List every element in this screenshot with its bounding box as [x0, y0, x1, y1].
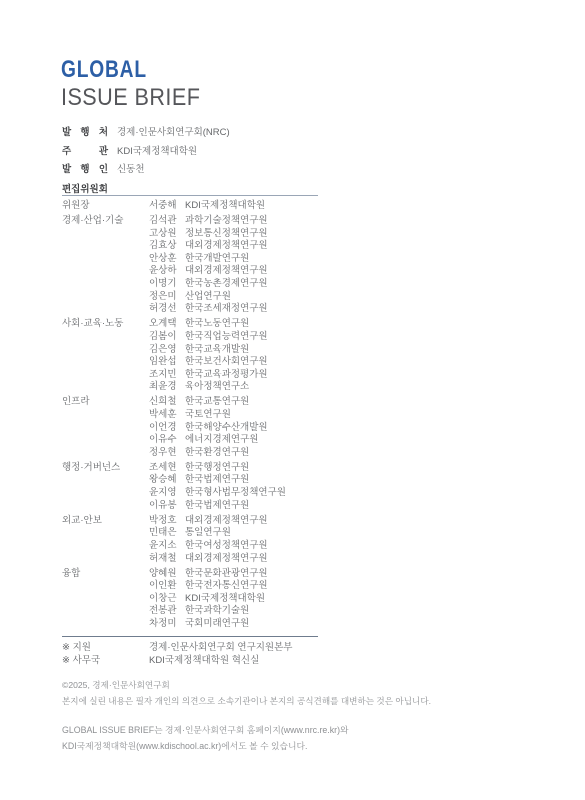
member-organization: 한국농촌경제연구원	[185, 278, 522, 291]
colophon-page: GLOBAL ISSUE BRIEF 발 행 처경제·인문사회연구회(NRC) …	[0, 0, 585, 800]
member-name: 이인환	[149, 580, 185, 593]
member-organization: 한국행정연구원	[185, 462, 522, 475]
member-name: 이유봉	[149, 500, 185, 513]
committee-category	[62, 487, 149, 500]
member-organization: 대외경제정책연구원	[185, 265, 522, 278]
committee-row: 임완섭한국보건사회연구원	[62, 356, 522, 369]
committee-row: 이언경한국해양수산개발원	[62, 422, 522, 435]
member-organization: 한국조세재정연구원	[185, 303, 522, 316]
member-organization: 한국환경연구원	[185, 447, 522, 460]
member-name: 서중해	[149, 200, 185, 213]
committee-row: 전봉관한국과학기술원	[62, 605, 522, 618]
availability-line2: KDI국제정책대학원(www.kdischool.ac.kr)에서도 볼 수 있…	[62, 738, 522, 754]
member-organization: 한국문화관광연구원	[185, 568, 522, 581]
committee-category	[62, 605, 149, 618]
committee-row: 이유봉한국법제연구원	[62, 500, 522, 513]
member-name: 신희철	[149, 396, 185, 409]
availability-line1: GLOBAL ISSUE BRIEF는 경제·인문사회연구회 홈페이지(www.…	[62, 722, 522, 738]
availability-text: GLOBAL ISSUE BRIEF는 경제·인문사회연구회 홈페이지(www.…	[62, 722, 522, 754]
member-name: 김석관	[149, 215, 185, 228]
committee-row: 박세훈국토연구원	[62, 409, 522, 422]
publisher-label: 발 행 처	[62, 124, 108, 143]
committee-row: 이명기한국농촌경제연구원	[62, 278, 522, 291]
support-note-row: ※ 지원 경제·인문사회연구회 연구지원본부	[62, 641, 522, 655]
committee-row: 이창근KDI국제정책대학원	[62, 593, 522, 606]
member-name: 윤상하	[149, 265, 185, 278]
member-organization: 한국교육개발원	[185, 344, 522, 357]
member-organization: 한국형사법무정책연구원	[185, 487, 522, 500]
member-name: 이유수	[149, 434, 185, 447]
member-name: 박정호	[149, 515, 185, 528]
member-organization: 과학기술정책연구원	[185, 215, 522, 228]
member-name: 김효상	[149, 240, 185, 253]
committee-category	[62, 303, 149, 316]
committee-category: 외교·안보	[62, 515, 149, 528]
member-name: 윤지영	[149, 487, 185, 500]
member-organization: 한국과학기술원	[185, 605, 522, 618]
member-organization: 산업연구원	[185, 291, 522, 304]
member-organization: 대외경제정책연구원	[185, 553, 522, 566]
committee-category	[62, 228, 149, 241]
editorial-board-heading: 편집위원회	[62, 181, 230, 200]
copyright-text: ©2025, 경제·인문사회연구회	[62, 680, 522, 691]
member-name: 김은영	[149, 344, 185, 357]
member-organization: 국토연구원	[185, 409, 522, 422]
committee-row: 김봄이한국직업능력연구원	[62, 331, 522, 344]
committee-row: 김효상대외경제정책연구원	[62, 240, 522, 253]
committee-category	[62, 580, 149, 593]
divider-bottom	[62, 636, 318, 637]
committee-category: 위원장	[62, 200, 149, 213]
publisher-row: 발 행 처경제·인문사회연구회(NRC)	[62, 124, 230, 143]
member-name: 조세현	[149, 462, 185, 475]
committee-category	[62, 278, 149, 291]
member-organization: 한국해양수산개발원	[185, 422, 522, 435]
issuer-row: 발 행 인신동천	[62, 161, 230, 180]
committee-category: 인프라	[62, 396, 149, 409]
committee-category	[62, 527, 149, 540]
member-name: 허경선	[149, 303, 185, 316]
committee-row: 경제·산업·기술김석관과학기술정책연구원	[62, 215, 522, 228]
member-organization: 한국전자통신연구원	[185, 580, 522, 593]
organizer-value: KDI국제정책대학원	[117, 146, 197, 157]
member-organization: 에너지경제연구원	[185, 434, 522, 447]
member-organization: KDI국제정책대학원	[185, 200, 522, 213]
support-note-value: 경제·인문사회연구회 연구지원본부	[149, 641, 522, 655]
member-name: 윤지소	[149, 540, 185, 553]
member-name: 허재철	[149, 553, 185, 566]
committee-row: 정우현한국환경연구원	[62, 447, 522, 460]
member-organization: 한국법제연구원	[185, 500, 522, 513]
lower-content: 위원장서중해KDI국제정책대학원경제·산업·기술김석관과학기술정책연구원고상원정…	[62, 200, 522, 754]
publication-info: 발 행 처경제·인문사회연구회(NRC) 주 관KDI국제정책대학원 발 행 인…	[62, 124, 230, 199]
member-name: 이창근	[149, 593, 185, 606]
committee-category: 행정·거버넌스	[62, 462, 149, 475]
member-name: 정우현	[149, 447, 185, 460]
member-organization: KDI국제정책대학원	[185, 593, 522, 606]
committee-row: 이인환한국전자통신연구원	[62, 580, 522, 593]
member-name: 박세훈	[149, 409, 185, 422]
committee-category	[62, 253, 149, 266]
committee-category	[62, 344, 149, 357]
committee-row: 안상훈한국개발연구원	[62, 253, 522, 266]
committee-row: 윤지소한국여성정책연구원	[62, 540, 522, 553]
member-organization: 한국교통연구원	[185, 396, 522, 409]
member-organization: 육아정책연구소	[185, 381, 522, 394]
member-organization: 한국보건사회연구원	[185, 356, 522, 369]
committee-row: 허재철대외경제정책연구원	[62, 553, 522, 566]
committee-category	[62, 291, 149, 304]
member-organization: 한국개발연구원	[185, 253, 522, 266]
secretariat-note-label: ※ 사무국	[62, 654, 149, 668]
publisher-value: 경제·인문사회연구회(NRC)	[117, 127, 230, 138]
committee-category: 융합	[62, 568, 149, 581]
member-organization: 대외경제정책연구원	[185, 240, 522, 253]
committee-category: 경제·산업·기술	[62, 215, 149, 228]
committee-row: 최윤경육아정책연구소	[62, 381, 522, 394]
committee-category	[62, 381, 149, 394]
notes-block: ※ 지원 경제·인문사회연구회 연구지원본부 ※ 사무국 KDI국제정책대학원 …	[62, 641, 522, 668]
issuer-label: 발 행 인	[62, 161, 108, 180]
committee-row: 윤지영한국형사법무정책연구원	[62, 487, 522, 500]
committee-category: 사회·교육·노동	[62, 318, 149, 331]
member-organization: 정보통신정책연구원	[185, 228, 522, 241]
committee-row: 김은영한국교육개발원	[62, 344, 522, 357]
committee-row: 인프라신희철한국교통연구원	[62, 396, 522, 409]
committee-category	[62, 474, 149, 487]
committee-row: 조지민한국교육과정평가원	[62, 369, 522, 382]
member-name: 양혜원	[149, 568, 185, 581]
member-organization: 국회미래연구원	[185, 618, 522, 631]
committee-row: 고상원정보통신정책연구원	[62, 228, 522, 241]
member-organization: 한국노동연구원	[185, 318, 522, 331]
member-name: 오계택	[149, 318, 185, 331]
support-note-label: ※ 지원	[62, 641, 149, 655]
committee-category	[62, 331, 149, 344]
publication-masthead: GLOBAL ISSUE BRIEF	[61, 56, 216, 112]
committee-row: 왕승혜한국법제연구원	[62, 474, 522, 487]
secretariat-note-row: ※ 사무국 KDI국제정책대학원 혁신실	[62, 654, 522, 668]
committee-category	[62, 369, 149, 382]
committee-category	[62, 422, 149, 435]
secretariat-note-value: KDI국제정책대학원 혁신실	[149, 654, 522, 668]
committee-category	[62, 618, 149, 631]
committee-row: 위원장서중해KDI국제정책대학원	[62, 200, 522, 213]
member-name: 최윤경	[149, 381, 185, 394]
committee-row: 정은미산업연구원	[62, 291, 522, 304]
committee-category	[62, 409, 149, 422]
member-name: 민태은	[149, 527, 185, 540]
committee-row: 차정미국회미래연구원	[62, 618, 522, 631]
committee-category	[62, 240, 149, 253]
committee-row: 윤상하대외경제정책연구원	[62, 265, 522, 278]
member-name: 이명기	[149, 278, 185, 291]
committee-category	[62, 447, 149, 460]
member-name: 김봄이	[149, 331, 185, 344]
divider-top	[62, 195, 318, 196]
member-name: 전봉관	[149, 605, 185, 618]
masthead-title-global: GLOBAL	[61, 56, 185, 84]
member-name: 정은미	[149, 291, 185, 304]
member-name: 조지민	[149, 369, 185, 382]
member-name: 고상원	[149, 228, 185, 241]
committee-category	[62, 265, 149, 278]
member-organization: 통일연구원	[185, 527, 522, 540]
organizer-row: 주 관KDI국제정책대학원	[62, 143, 230, 162]
issuer-value: 신동천	[117, 164, 145, 175]
committee-category	[62, 356, 149, 369]
committee-category	[62, 500, 149, 513]
committee-row: 허경선한국조세재정연구원	[62, 303, 522, 316]
committee-row: 이유수에너지경제연구원	[62, 434, 522, 447]
organizer-label: 주 관	[62, 143, 108, 162]
member-name: 임완섭	[149, 356, 185, 369]
committee-row: 융합양혜원한국문화관광연구원	[62, 568, 522, 581]
member-organization: 한국여성정책연구원	[185, 540, 522, 553]
member-name: 이언경	[149, 422, 185, 435]
member-name: 차정미	[149, 618, 185, 631]
member-name: 안상훈	[149, 253, 185, 266]
committee-category	[62, 434, 149, 447]
committee-category	[62, 540, 149, 553]
member-name: 왕승혜	[149, 474, 185, 487]
committee-row: 사회·교육·노동오계택한국노동연구원	[62, 318, 522, 331]
member-organization: 한국직업능력연구원	[185, 331, 522, 344]
committee-category	[62, 593, 149, 606]
committee-category	[62, 553, 149, 566]
editorial-committee-table: 위원장서중해KDI국제정책대학원경제·산업·기술김석관과학기술정책연구원고상원정…	[62, 200, 522, 631]
member-organization: 한국교육과정평가원	[185, 369, 522, 382]
committee-row: 민태은통일연구원	[62, 527, 522, 540]
disclaimer-text: 본지에 실린 내용은 필자 개인의 의견으로 소속기관이나 본지의 공식견해를 …	[62, 696, 522, 707]
masthead-title-issue-brief: ISSUE BRIEF	[61, 84, 200, 112]
committee-row: 행정·거버넌스조세현한국행정연구원	[62, 462, 522, 475]
committee-row: 외교·안보박정호대외경제정책연구원	[62, 515, 522, 528]
member-organization: 대외경제정책연구원	[185, 515, 522, 528]
member-organization: 한국법제연구원	[185, 474, 522, 487]
